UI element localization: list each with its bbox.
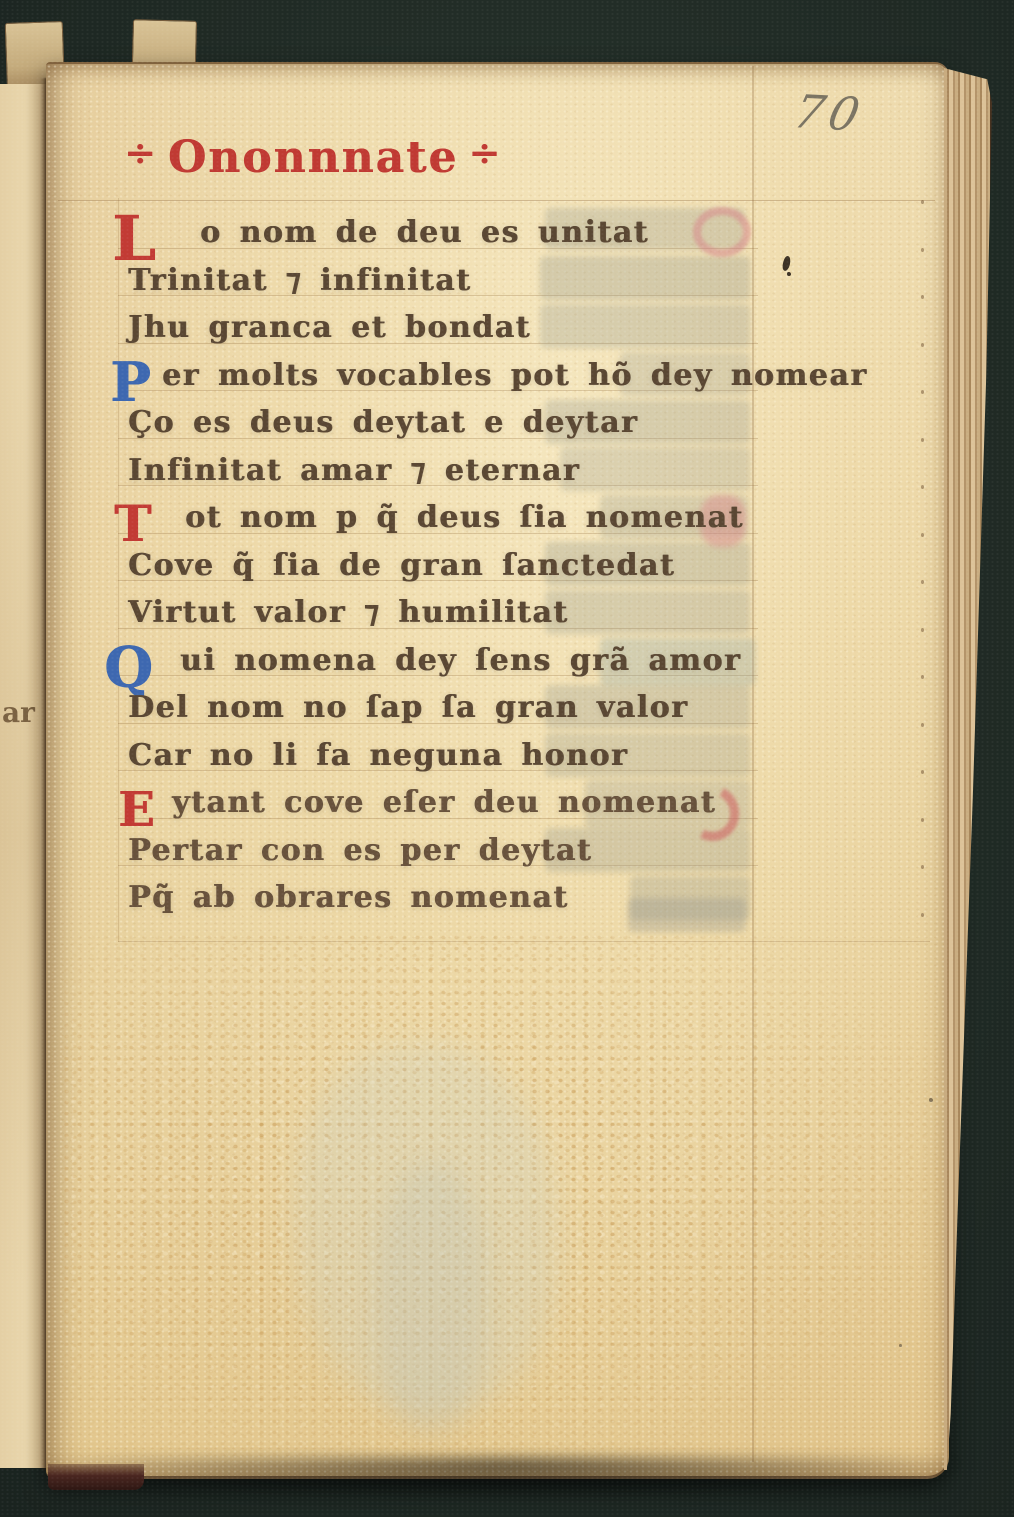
text-line: Trinitat ⁊ infinitat: [128, 258, 471, 304]
text-line: Del nom no ſap ſa gran valor: [128, 685, 688, 731]
pricking-hole: [921, 200, 924, 204]
ruling-line: [118, 941, 930, 942]
pricking-hole: [921, 865, 924, 869]
rubric-paraph-mark: ÷: [114, 130, 168, 175]
pricking-hole: [921, 770, 924, 774]
text-line: ot nom p q̃ deus ſia nomenat: [185, 495, 744, 541]
pricking-hole: [921, 248, 924, 252]
cover-edge: [48, 1464, 144, 1490]
text-line: Car no li fa neguna honor: [128, 733, 628, 779]
pricking-hole: [921, 295, 924, 299]
pricking-hole: [921, 343, 924, 347]
pricking-hole: [921, 628, 924, 632]
text-line: Ço es deus deytat e deytar: [128, 400, 638, 446]
text-line: Jhu granca et bondat: [128, 305, 531, 351]
text-line: ytant cove eſer deu nomenat: [172, 780, 716, 826]
pricking-hole: [921, 485, 924, 489]
chapter-rubric: ÷Ononnnate÷: [114, 130, 512, 183]
text-line: o nom de deu es unitat: [200, 210, 649, 256]
text-line: Pq̃ ab obrares nomenat: [128, 875, 569, 921]
parchment-follicle-texture: [60, 932, 940, 1472]
pricking-hole: [921, 675, 924, 679]
pricking-hole: [921, 913, 924, 917]
text-line: Pertar con es per deytat: [128, 828, 592, 874]
text-line: Cove q̃ ſia de gran ſanctedat: [128, 543, 675, 589]
manuscript-photo: ar o nom de deu es unitatLTrinitat ⁊ inf…: [0, 0, 1014, 1517]
page-edge-stack: [944, 68, 992, 1470]
pricking-hole: [921, 438, 924, 442]
pricking-hole: [921, 818, 924, 822]
text-line: Infinitat amar ⁊ eternar: [128, 448, 580, 494]
pricking-hole: [921, 390, 924, 394]
book-shadow: [56, 1458, 968, 1502]
rubric-text: Ononnnate: [168, 132, 458, 183]
parchment-shading: [0, 384, 40, 1284]
pricking-hole: [921, 533, 924, 537]
facing-page-text-fragment: ar: [2, 696, 35, 729]
rubric-paraph-mark: ÷: [458, 130, 512, 175]
folio-number: 70: [789, 84, 870, 141]
ruling-line: [58, 200, 935, 201]
ruling-line-vertical: [752, 66, 754, 1462]
text-line: Virtut valor ⁊ humilitat: [128, 590, 569, 636]
ink-speck: [787, 272, 791, 276]
ink-speck: [899, 1344, 902, 1347]
text-line: er molts vocables pot hõ dey nomear: [162, 353, 868, 399]
ink-speck: [929, 1098, 933, 1102]
pricking-hole: [921, 580, 924, 584]
text-line: ui nomena dey ſens grã amor: [180, 638, 741, 684]
show-through-stain: [283, 1035, 568, 1422]
illuminated-initial: T: [114, 499, 151, 549]
show-through-stain: [376, 1164, 486, 1434]
pricking-hole: [921, 723, 924, 727]
